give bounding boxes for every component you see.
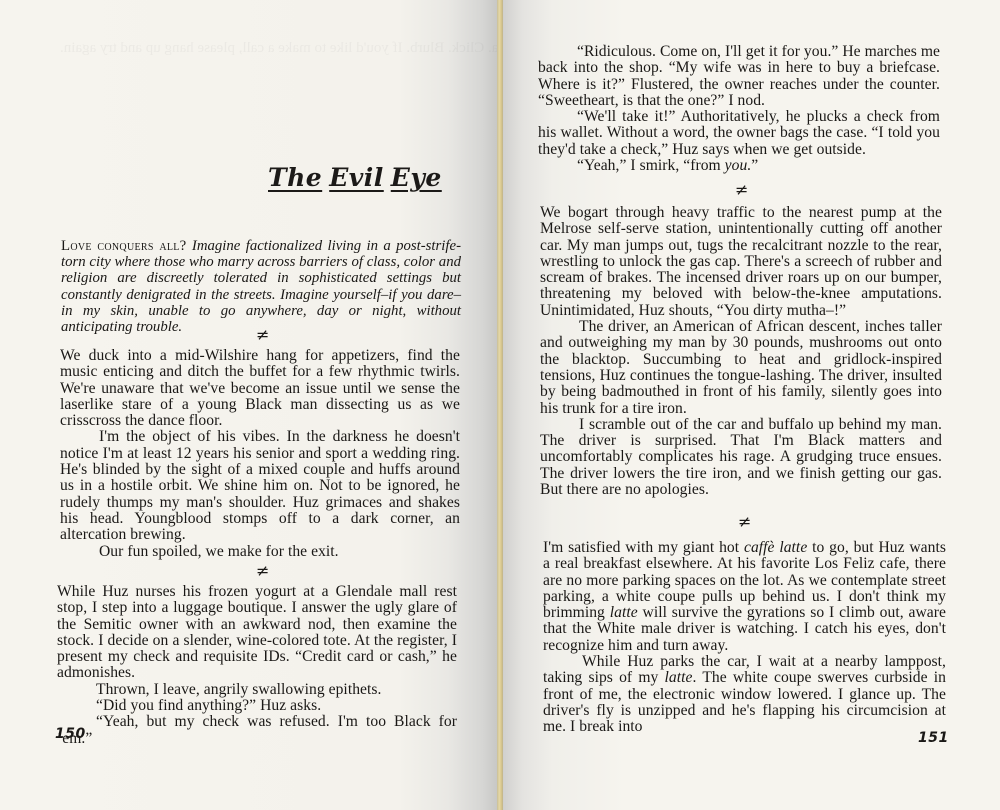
text-run: ”	[751, 157, 758, 174]
chapter-epigraph: Love conquers all? Imagine factionalized…	[61, 238, 461, 335]
epigraph-lead: Love conquers all?	[61, 238, 187, 254]
paragraph: “Ridiculous. Come on, I'll get it for yo…	[538, 44, 940, 109]
paragraph: While Huz nurses his frozen yogurt at a …	[57, 584, 457, 682]
right-page: “Ridiculous. Come on, I'll get it for yo…	[503, 0, 1000, 810]
section-divider-icon: ≠	[256, 561, 269, 580]
italic-text: caffè latte	[744, 539, 807, 556]
paragraph: I'm the object of his vibes. In the dark…	[60, 429, 460, 543]
page-number: 151	[918, 730, 949, 746]
chapter-title-word: The	[268, 163, 322, 192]
section-divider-icon: ≠	[256, 325, 269, 344]
section-3: We bogart through heavy traffic to the n…	[540, 205, 942, 498]
section-1: We duck into a mid-Wilshire hang for app…	[60, 348, 460, 560]
section-2: While Huz nurses his frozen yogurt at a …	[57, 584, 457, 747]
section-4: I'm satisfied with my giant hot caffè la…	[543, 540, 946, 736]
paragraph: We duck into a mid-Wilshire hang for app…	[60, 348, 460, 429]
text-run: “Yeah,” I smirk, “from	[577, 157, 725, 174]
paragraph: “Yeah,” I smirk, “from you.”	[538, 158, 940, 174]
paragraph: “Did you find anything?” Huz asks.	[57, 698, 457, 714]
book-spread: Aaaaaaaaaa. Click. Blurb. If you'd like …	[0, 0, 1000, 810]
italic-text: latte	[610, 604, 638, 621]
paragraph: The driver, an American of African desce…	[540, 319, 942, 417]
italic-text: you.	[725, 157, 752, 174]
left-page: Aaaaaaaaaa. Click. Blurb. If you'd like …	[0, 0, 497, 810]
chapter-title-word: Eye	[391, 163, 442, 192]
paragraph: We bogart through heavy traffic to the n…	[540, 205, 942, 319]
paragraph: I'm satisfied with my giant hot caffè la…	[543, 540, 946, 654]
bleed-through-text: Aaaaaaaaaa. Click. Blurb. If you'd like …	[60, 40, 497, 56]
paragraph: Our fun spoiled, we make for the exit.	[60, 544, 460, 560]
paragraph: “We'll take it!” Authoritatively, he plu…	[538, 109, 940, 158]
paragraph: Thrown, I leave, angrily swallowing epit…	[57, 682, 457, 698]
italic-text: latte	[665, 669, 693, 686]
chapter-title: TheEvilEye	[268, 163, 449, 192]
text-run: I'm satisfied with my giant hot	[543, 539, 744, 556]
chapter-title-word: Evil	[329, 163, 384, 192]
paragraph: While Huz parks the car, I wait at a nea…	[543, 654, 946, 735]
page-number: 150	[55, 726, 86, 742]
section-divider-icon: ≠	[738, 512, 751, 531]
paragraph: “Yeah, but my check was refused. I'm too…	[57, 714, 457, 747]
paragraph: I scramble out of the car and buffalo up…	[540, 417, 942, 498]
section-2-continued: “Ridiculous. Come on, I'll get it for yo…	[538, 44, 940, 174]
section-divider-icon: ≠	[735, 180, 748, 199]
